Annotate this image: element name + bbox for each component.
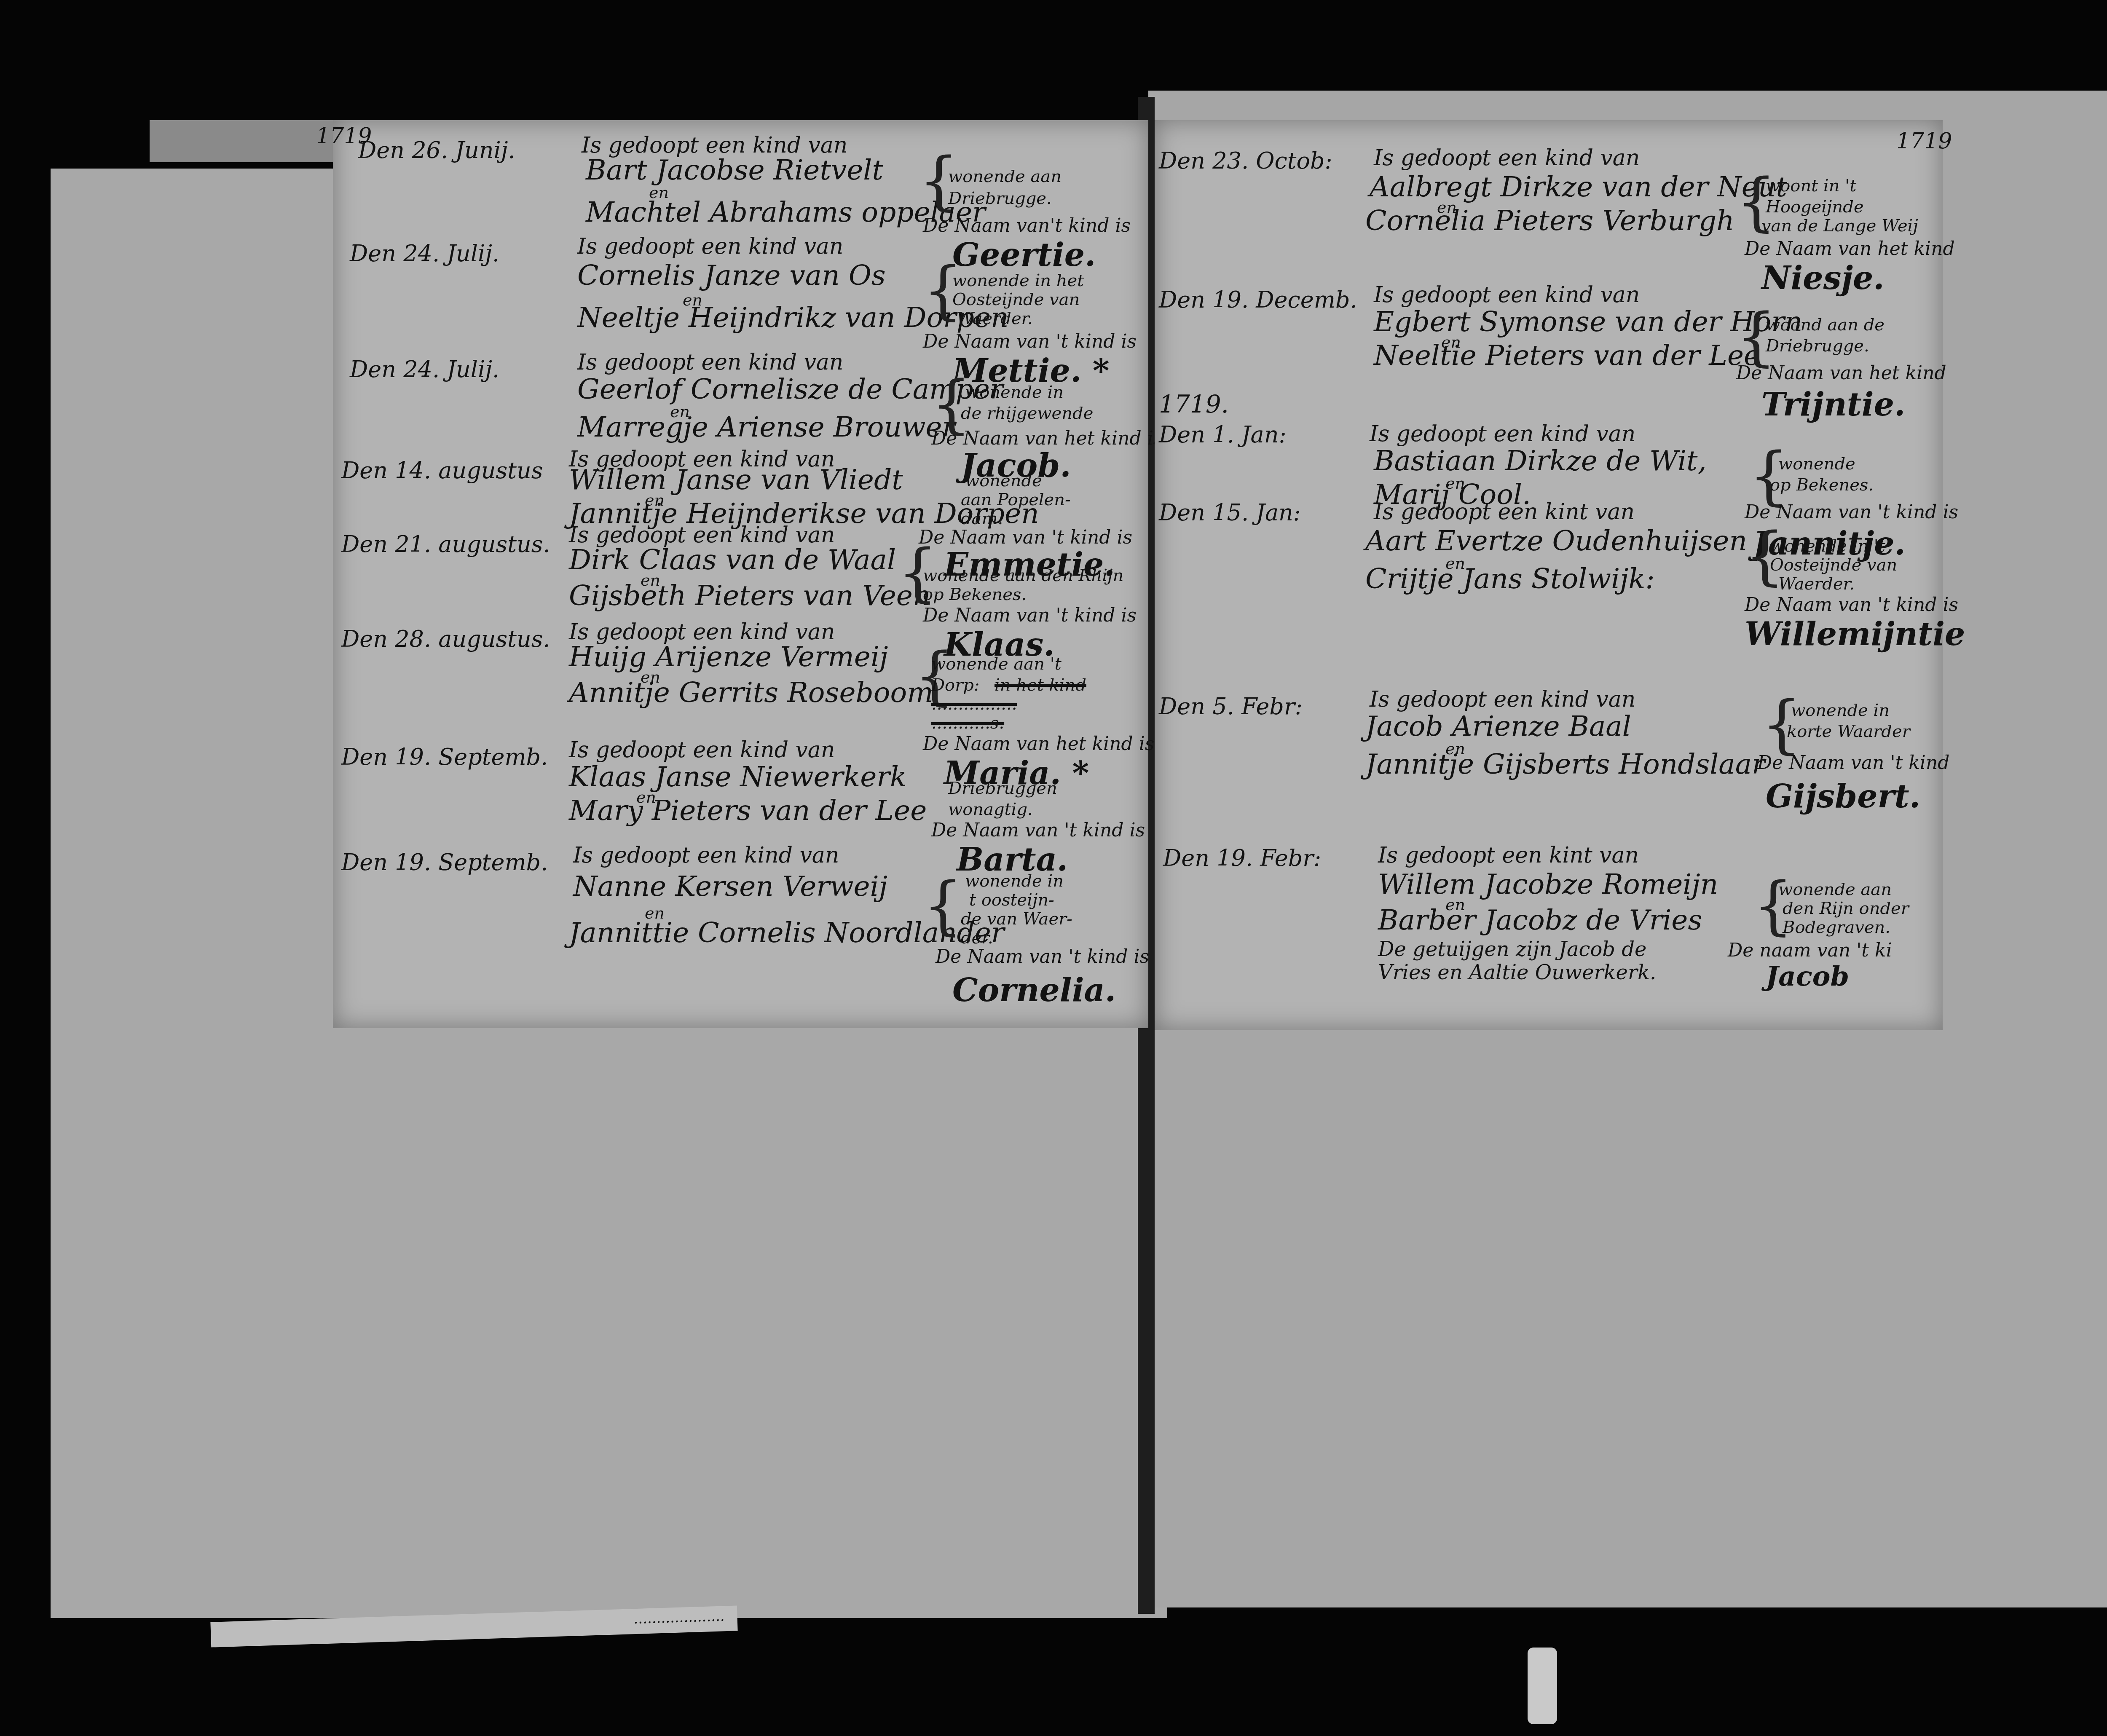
father-name: Nanne Kersen Verweij [573,870,887,903]
father-name: Willem Janse van Vliedt [569,463,903,496]
brace: { [923,874,963,938]
entry-date: Den 19. Septemb. [341,744,548,770]
entry-date: Den 19. Decemb. [1159,287,1357,313]
residence-line: korte Waarder [1787,721,1910,742]
residence-line: op Bekenes. [1770,474,1874,496]
entry-intro: Is gedoopt een kind van [1374,145,1640,171]
entry-intro: Is gedoopt een kind van [1374,282,1640,308]
entry-date: Den 28. augustus. [341,626,550,652]
entry-date: Den 19. Febr: [1163,845,1321,871]
entry-date: Den 24. Julij. [350,356,499,383]
residence-line: Driebrugge. [1766,335,1869,357]
child-name: Willemijntie [1745,615,1965,653]
father-name: Aalbregt Dirkze van der Neut [1370,171,1787,203]
entry-intro: Is gedoopt een kind van [577,350,843,375]
father-name: Klaas Janse Niewerkerk [569,761,907,793]
left-page: 1719 Den 26. Junij. Is gedoopt een kind … [333,120,1148,1028]
child-name: Jacob [1766,961,1849,992]
residence-line: wonende in [965,381,1064,403]
residence-line: woont in 't [1766,175,1856,197]
year-marker: 1719. [1159,390,1229,418]
father-name: Cornelis Janze van Os [577,259,886,292]
father-name: Huijg Arijenze Vermeij [569,640,888,673]
bottom-strip-text: .................... [633,1607,725,1627]
child-name-label: De Naam van 't kind [1757,752,1949,774]
child-name: Trijntie. [1761,386,1905,423]
witnesses-line: De getuijgen zijn Jacob de [1378,938,1646,961]
father-name: Jacob Arienze Baal [1365,710,1631,742]
witnesses-line: Vries en Aaltie Ouwerkerk. [1378,961,1656,984]
residence-line: de rhijgewende [961,402,1093,424]
entry-date: Den 14. augustus [341,457,543,484]
right-folio-number: 1719 [1896,129,1952,154]
mother-name: Annitje Gerrits Roseboom [569,676,933,709]
entry-date: Den 5. Febr: [1159,693,1303,720]
father-name: Bastiaan Dirkze de Wit, [1374,445,1707,477]
child-name-label: De naam van 't ki [1728,940,1892,961]
residence-line: Waerder. [957,308,1033,330]
child-name: Cornelia. [952,971,1116,1009]
child-name-label: De Naam van 't kind is [1745,594,1958,616]
residence-line: op Bekenes. [923,584,1027,605]
child-name-label: De Naam van het kind is [931,428,1163,449]
child-name-label: De Naam van 't kind is [936,946,1149,967]
child-name-label: De Naam van het kind [1736,362,1946,384]
child-name-label: De Naam van het kind is [923,733,1154,755]
entry-intro: Is gedoopt een kind van [1370,421,1635,447]
child-name: Gijsbert. [1766,777,1920,815]
entry-intro: Is gedoopt een kind van [569,737,835,763]
child-name-label: De Naam van 't kind is [919,527,1132,548]
child-name: Niesje. [1761,259,1885,297]
struck-text: ...........s. [931,712,1004,734]
residence-line: Bodegraven. [1783,916,1890,938]
mother-name: Crijtje Jans Stolwijk: [1365,563,1655,595]
residence-line: wonende in [1791,699,1890,721]
residence-line: wonende aan 't [931,653,1062,675]
child-name-label: De Naam van 't kind is [931,820,1145,841]
mother-name: Gijsbeth Pieters van Veen [569,579,930,612]
entry-intro: Is gedoopt een kind van [573,843,839,868]
child-name-label: De Naam van 't kind is [923,331,1137,352]
child-name: Geertie. [952,236,1096,273]
child-name-label: De Naam van 't kind is [923,605,1137,626]
residence-line: Driebrugge. [948,188,1052,209]
entry-date: Den 24. Julij. [350,240,499,267]
residence-line: wonende aan [948,166,1062,188]
father-name: Bart Jacobse Rietvelt [586,154,883,186]
mother-name: Marregje Ariense Brouwer [577,411,955,443]
mother-name: Mary Pieters van der Lee [569,794,927,827]
entry-date: Den 1. Jan: [1159,421,1287,448]
entry-intro: Is gedoopt een kint van [1374,499,1635,525]
child-name-label: De Naam van het kind [1745,238,1955,260]
residence-line: Waerder. [1778,573,1855,595]
entry-intro: Is gedoopt een kint van [1378,843,1639,868]
mother-name: Jannitje Gijsberts Hondslaar [1365,748,1765,780]
residence-line: woond aan de [1766,314,1885,336]
residence-line: wonagtig. [948,798,1033,820]
mother-name: Cornelia Pieters Verburgh [1365,204,1734,237]
father-name: Aart Evertze Oudenhuijsen [1365,525,1747,557]
bottom-clip [1528,1648,1557,1724]
entry-intro: Is gedoopt een kind van [1370,687,1635,712]
entry-date: Den 19. Septemb. [341,849,548,876]
child-name-label: De Naam van't kind is [923,215,1131,236]
entry-date: Den 23. Octob: [1159,147,1332,174]
entry-date: Den 21. augustus. [341,531,550,557]
mother-name: Barber Jacobz de Vries [1378,904,1702,936]
entry-intro: Is gedoopt een kind van [577,234,843,259]
residence-line: wonende [1778,453,1855,475]
mother-name: Neeltie Pieters van der Lee [1374,339,1760,372]
right-page: 1719 Den 23. Octob: Is gedoopt een kind … [1155,120,1943,1030]
father-name: Dirk Claas van de Waal [569,544,896,576]
residence-line: Driebruggen [948,777,1057,799]
entry-date: Den 26. Junij. [358,137,515,163]
residence-line: van de Lange Weij [1761,215,1918,237]
father-name: Willem Jacobze Romeijn [1378,868,1718,900]
entry-date: Den 15. Jan: [1159,499,1301,526]
